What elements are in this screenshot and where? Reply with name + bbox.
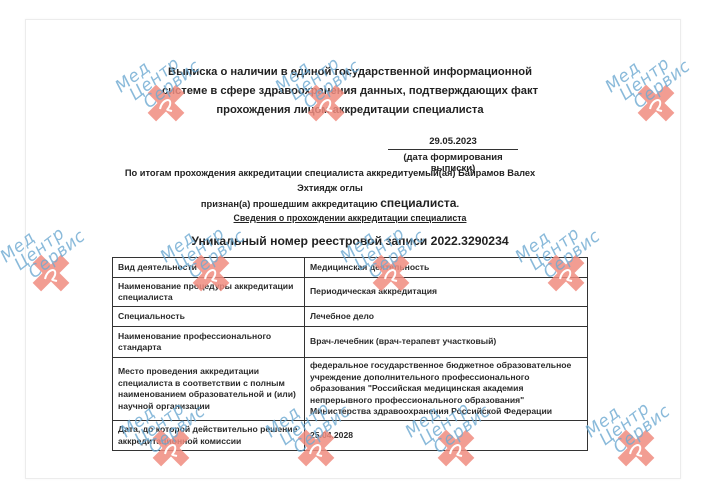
result-line-2: признан(а) прошедшим аккредитацию специа… bbox=[110, 196, 550, 212]
table-row: Дата, до которой действительно решение а… bbox=[113, 421, 588, 451]
result-emphasis: специалиста bbox=[380, 196, 456, 210]
table-row: Специальность Лечебное дело bbox=[113, 307, 588, 327]
row-value: федеральное государственное бюджетное об… bbox=[305, 358, 588, 421]
title-line: системе в сфере здравоохранения данных, … bbox=[150, 82, 550, 101]
result-line-1: По итогам прохождения аккредитации специ… bbox=[110, 166, 550, 196]
registry-number: Уникальный номер реестровой записи 2022.… bbox=[180, 234, 520, 248]
table-row: Место проведения аккредитации специалист… bbox=[113, 358, 588, 421]
accreditation-info-table: Вид деятельности Медицинская деятельност… bbox=[112, 257, 588, 451]
row-key: Дата, до которой действительно решение а… bbox=[113, 421, 305, 451]
row-key: Наименование процедуры аккредитации спец… bbox=[113, 278, 305, 307]
issue-date: 29.05.2023 bbox=[388, 136, 518, 150]
row-value: Врач-лечебник (врач-терапевт участковый) bbox=[305, 327, 588, 358]
row-key: Вид деятельности bbox=[113, 258, 305, 278]
row-key: Наименование профессионального стандарта bbox=[113, 327, 305, 358]
document-title: Выписка о наличии в единой государственн… bbox=[150, 63, 550, 120]
title-line: Выписка о наличии в единой государственн… bbox=[150, 63, 550, 82]
table-row: Вид деятельности Медицинская деятельност… bbox=[113, 258, 588, 278]
row-value: 25.04.2028 bbox=[305, 421, 588, 451]
section-title: Сведения о прохождении аккредитации спец… bbox=[200, 213, 500, 223]
row-value: Медицинская деятельность bbox=[305, 258, 588, 278]
table-row: Наименование процедуры аккредитации спец… bbox=[113, 278, 588, 307]
row-value: Лечебное дело bbox=[305, 307, 588, 327]
row-key: Место проведения аккредитации специалист… bbox=[113, 358, 305, 421]
accreditation-result: По итогам прохождения аккредитации специ… bbox=[110, 166, 550, 212]
row-key: Специальность bbox=[113, 307, 305, 327]
row-value: Периодическая аккредитация bbox=[305, 278, 588, 307]
table-row: Наименование профессионального стандарта… bbox=[113, 327, 588, 358]
title-line: прохождения лицом аккредитации специалис… bbox=[150, 101, 550, 120]
